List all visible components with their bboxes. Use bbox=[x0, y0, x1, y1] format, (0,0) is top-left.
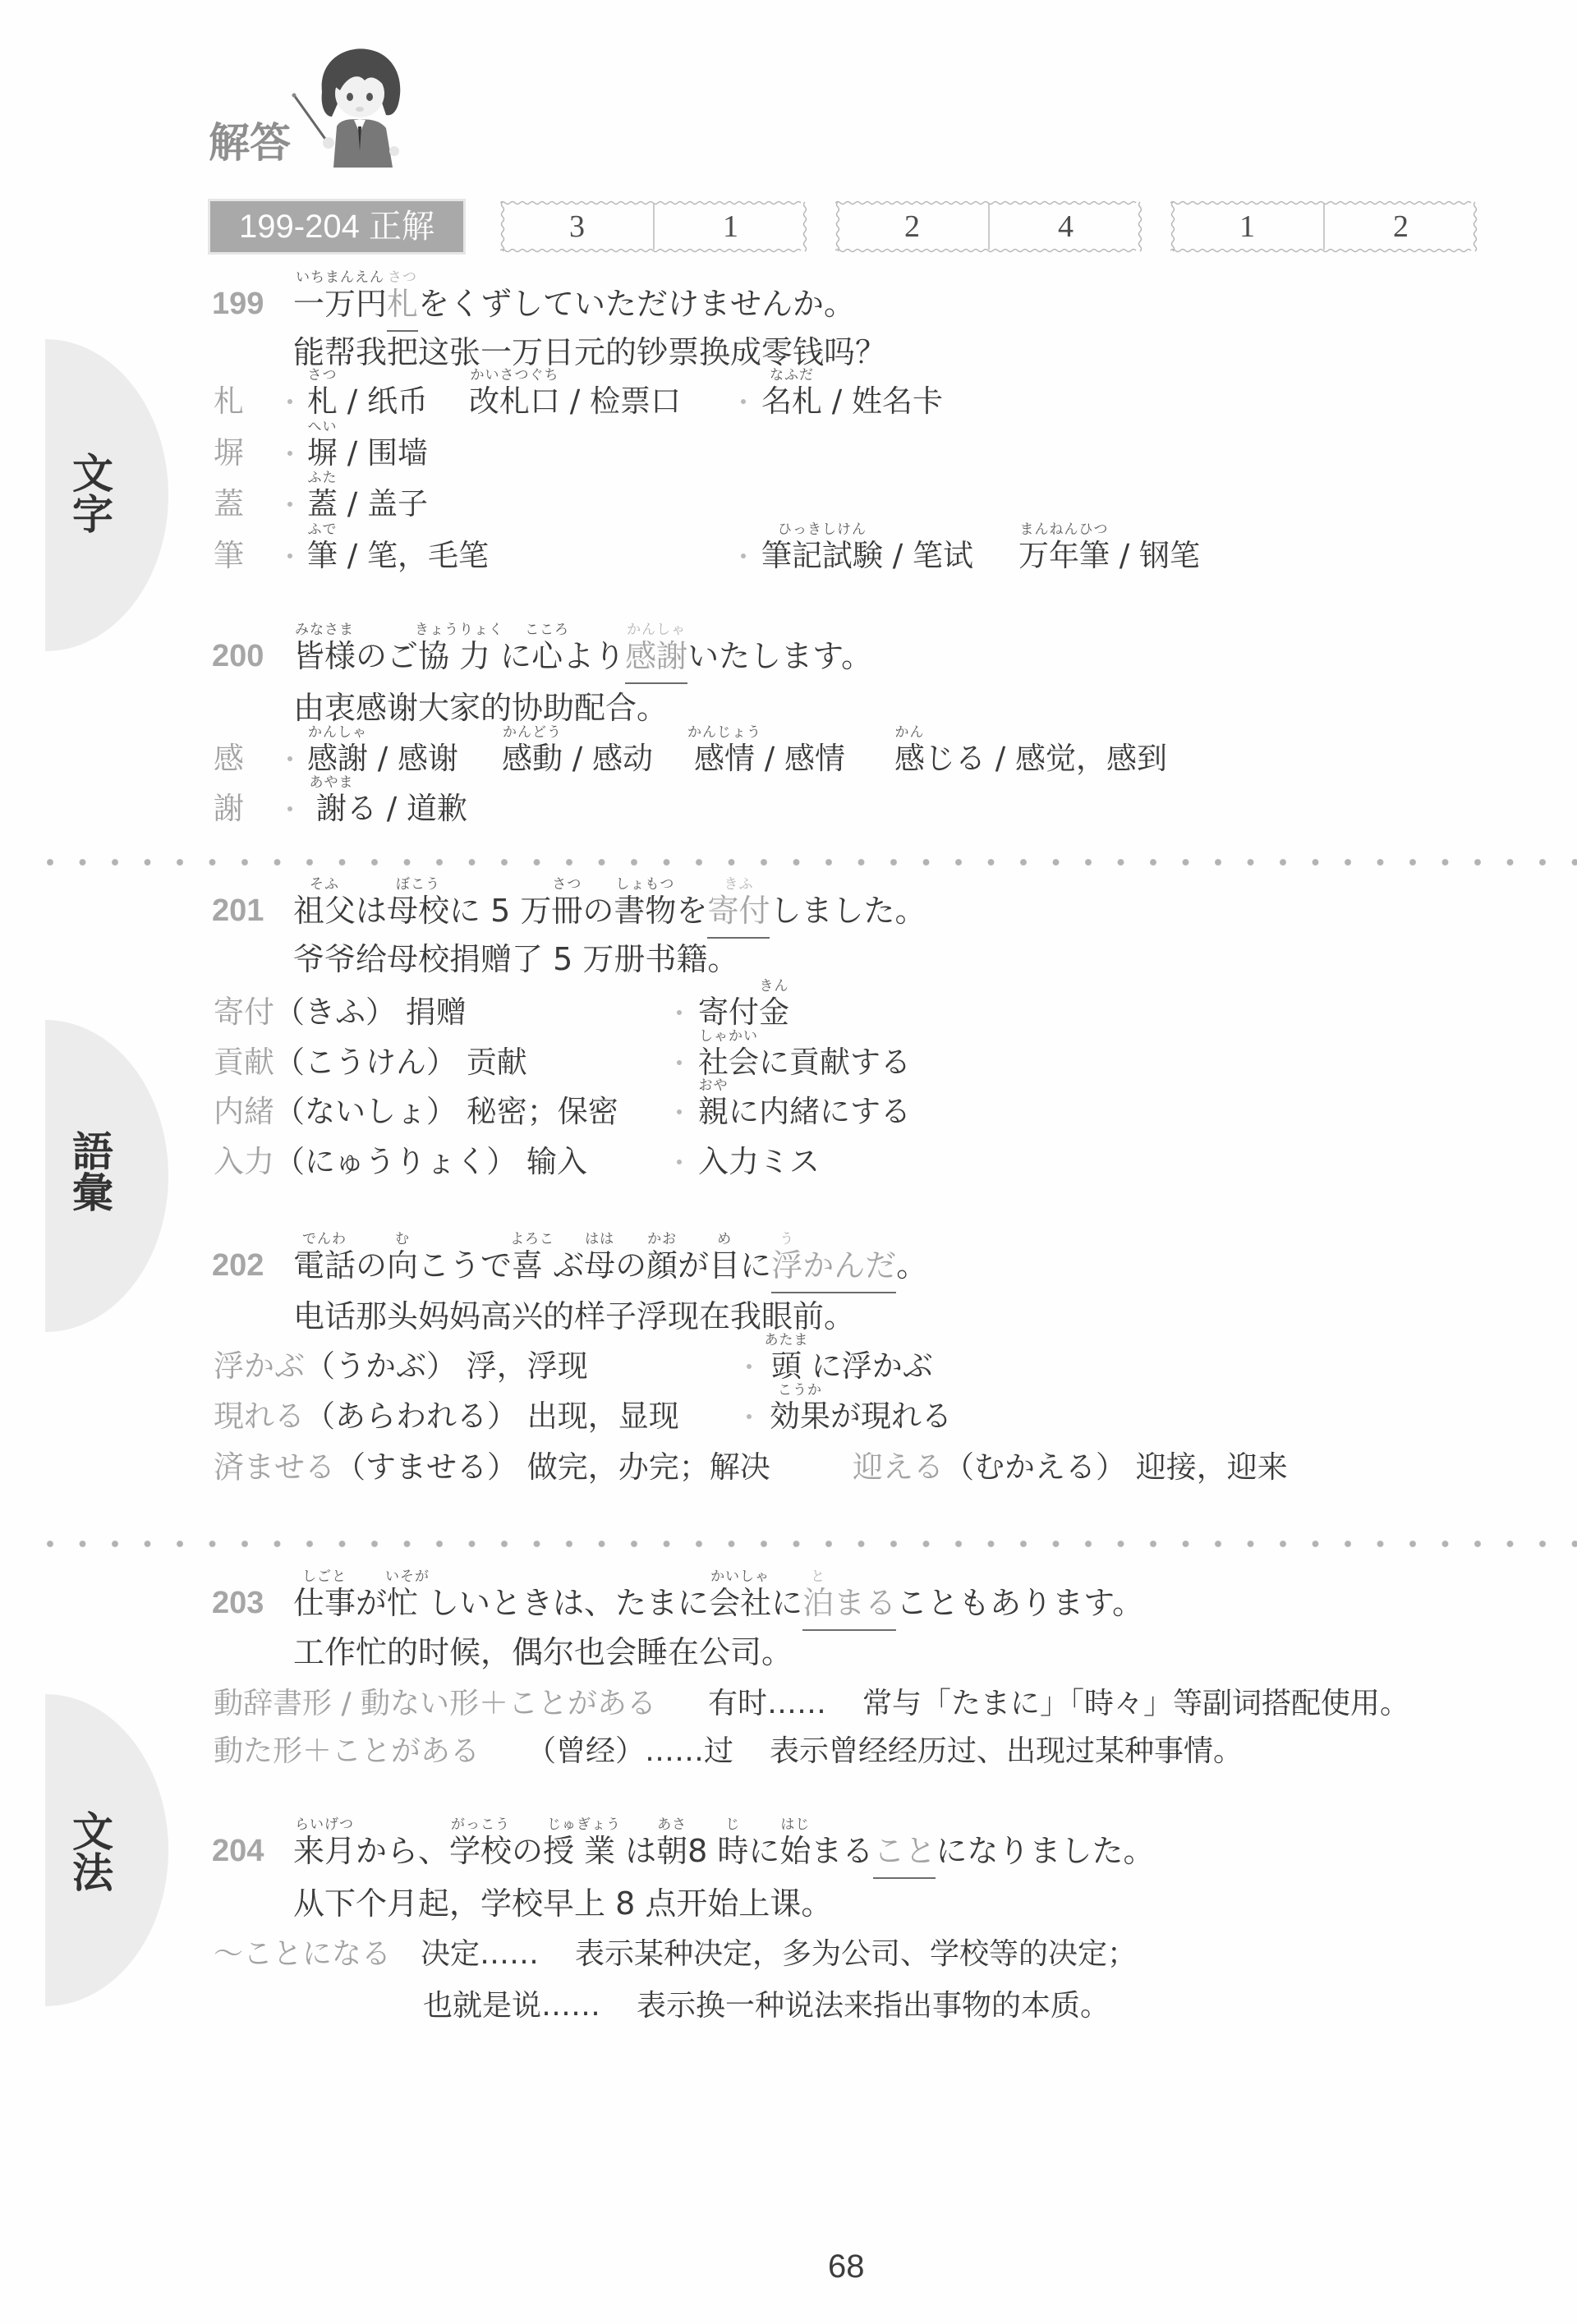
page-title: 解答 bbox=[209, 120, 291, 166]
ruby-reading: しょもつ bbox=[615, 878, 674, 892]
vocab-term: 内緒 bbox=[214, 1094, 274, 1129]
ruby-base: 授業 bbox=[543, 1833, 625, 1869]
vocab-meaning: 迎接，迎来 bbox=[1126, 1449, 1288, 1485]
sentence-text: が bbox=[678, 1247, 709, 1284]
ruby-base: 喜 bbox=[512, 1247, 553, 1284]
ruby-reading: じゅぎょう bbox=[547, 1818, 621, 1832]
bullet-icon bbox=[677, 1010, 682, 1015]
ruby-reading: しごと bbox=[302, 1570, 347, 1584]
ruby-word: 親おや bbox=[698, 1096, 729, 1128]
vocab-item: 名札なふだ / 姓名卡 bbox=[761, 386, 943, 417]
question-sentence: 祖父そふ は 母校ぼこう に 5 万 冊さつ の 書物しょもつ を 寄付きふ し… bbox=[293, 895, 926, 926]
sentence-text: は bbox=[625, 1833, 656, 1869]
ruby-word: 来月らいげつ bbox=[293, 1835, 356, 1867]
vocab-entry: 内緒（ないしょ） 秘密；保密 bbox=[214, 1096, 618, 1128]
ruby-word: 会社かいしゃ bbox=[709, 1587, 771, 1619]
ruby-base: 札 bbox=[387, 286, 418, 322]
grammar-pattern-text: 動辞書形 / 動ない形＋ことがある bbox=[214, 1687, 656, 1720]
vocab-example: 頭あたま に浮かぶ bbox=[771, 1351, 933, 1382]
ruby-word: 目め bbox=[709, 1250, 740, 1281]
ruby-base: 目 bbox=[709, 1247, 740, 1284]
ruby-base: 蓋 bbox=[307, 486, 338, 521]
vocab-reading: （ないしょ） bbox=[274, 1094, 457, 1129]
sentence-text: かんだ bbox=[802, 1247, 896, 1284]
ruby-word: 学校がっこう bbox=[449, 1835, 512, 1867]
grammar-pattern: ～ことになる bbox=[214, 1939, 391, 1970]
q202-translation-row: 电话那头妈妈高兴的样子浮现在我眼前。 bbox=[0, 1301, 1577, 1332]
q199-vocab-row: 筆 筆ふで / 笔，毛笔 筆記試験ひっきしけん / 笔试 万年筆まんねんひつ /… bbox=[0, 540, 1577, 572]
ruby-reading: きょうりょく bbox=[415, 623, 503, 637]
grammar-explanation: 也就是说……表示换一种说法来指出事物的本质。 bbox=[423, 1991, 1110, 2022]
sentence-text: ぶ bbox=[553, 1247, 584, 1284]
grammar-pattern-text: ～ことになる bbox=[214, 1937, 391, 1971]
question-number: 200 bbox=[212, 641, 264, 672]
q199-sentence-row: 199 一万円いちまんえん 札さつ をくずしていただけませんか。 bbox=[0, 288, 1577, 319]
sentence-text: こと bbox=[873, 1833, 936, 1869]
translation: 从下个月起，学校早上 8 点开始上课。 bbox=[293, 1888, 832, 1919]
ruby-reading: おや bbox=[699, 1079, 729, 1093]
bullet-icon bbox=[677, 1060, 682, 1065]
vocab-entry-related: 迎える（むかえる） 迎接，迎来 bbox=[853, 1452, 1288, 1483]
ruby-reading: かんじょう bbox=[687, 726, 761, 740]
grammar-note: 表示某种决定，多为公司、学校等的决定； bbox=[575, 1937, 1137, 1971]
vocab-meaning: / 姓名卡 bbox=[822, 384, 943, 419]
ruby-word: 母はは bbox=[584, 1250, 615, 1281]
vocab-meaning: / 盖子 bbox=[338, 486, 428, 521]
ruby-reading: よろこ bbox=[510, 1233, 554, 1247]
ruby-reading: かんどう bbox=[503, 726, 562, 740]
ruby-base: 心 bbox=[531, 638, 563, 674]
ruby-reading: がっこう bbox=[451, 1818, 510, 1832]
answer-bar-label: 199-204 正解 bbox=[210, 201, 463, 252]
ruby-base: 冊 bbox=[551, 893, 582, 929]
ruby-reading: きふ bbox=[724, 878, 753, 892]
ruby-base: 来月 bbox=[293, 1833, 356, 1869]
vocab-label-text: 筆 bbox=[214, 538, 244, 573]
ruby-reading: まんねんひつ bbox=[1020, 523, 1109, 537]
ruby-reading: みなさま bbox=[295, 623, 354, 637]
bullet-icon bbox=[287, 399, 292, 404]
ruby-base: 金 bbox=[759, 994, 789, 1030]
vocab-entry: 現れる（あらわれる） 出现，显现 bbox=[214, 1401, 679, 1432]
q200-sentence-row: 200 皆様みなさま のご 協力きょうりょく に 心こころ より 感謝かんしゃ … bbox=[0, 641, 1577, 672]
ruby-base: 朝 bbox=[656, 1833, 687, 1869]
ruby-word: 一万円いちまんえん bbox=[293, 288, 387, 319]
answer-group-3: 1 2 bbox=[1170, 200, 1478, 253]
answer-word: 感謝かんしゃ bbox=[625, 641, 687, 684]
vocab-item: 万年筆まんねんひつ / 钢笔 bbox=[1018, 540, 1200, 572]
q203-grammar-row: 動た形＋ことがある （曾经）……过表示曾经经历过、出现过某种事情。 bbox=[0, 1736, 1577, 1767]
q201-sentence-row: 201 祖父そふ は 母校ぼこう に 5 万 冊さつ の 書物しょもつ を 寄付… bbox=[0, 895, 1577, 926]
vocab-meaning: 做完，办完；解决 bbox=[517, 1449, 770, 1485]
ruby-word: 感動かんどう bbox=[502, 743, 563, 774]
sentence-text: に bbox=[771, 1585, 802, 1621]
ruby-word: 顔かお bbox=[646, 1250, 678, 1281]
ruby-base: 親 bbox=[698, 1094, 729, 1129]
ruby-reading: こうか bbox=[778, 1384, 822, 1398]
ruby-reading: なふだ bbox=[770, 369, 814, 383]
ruby-base: 感情 bbox=[694, 741, 755, 776]
vocab-item: 感かんじる / 感觉，感到 bbox=[894, 743, 1167, 774]
ruby-reading: め bbox=[717, 1233, 732, 1247]
ruby-base: 名札 bbox=[761, 384, 822, 419]
sentence-text: の bbox=[582, 893, 614, 929]
ruby-word: 謝あやま bbox=[316, 793, 347, 824]
vocab-entry: 貢献（こうけん） 贡献 bbox=[214, 1047, 527, 1078]
answer-word: 浮うかんだ bbox=[771, 1250, 896, 1293]
vocab-meaning: / 检票口 bbox=[560, 384, 681, 419]
q202-vocab-row: 済ませる（すませる） 做完，办完；解决 迎える（むかえる） 迎接，迎来 bbox=[0, 1452, 1577, 1483]
ruby-reading: かんしゃ bbox=[627, 623, 686, 637]
ruby-reading: あさ bbox=[657, 1818, 687, 1832]
ruby-word: 心こころ bbox=[531, 641, 563, 672]
question-number: 202 bbox=[212, 1250, 264, 1281]
vocab-meaning: / 笔，毛笔 bbox=[338, 538, 489, 573]
answer-cell: 3 bbox=[500, 200, 654, 253]
ruby-word: 喜よろこ bbox=[512, 1250, 553, 1281]
question-number: 203 bbox=[212, 1587, 264, 1619]
ruby-base: 一万円 bbox=[293, 286, 387, 322]
ruby-base: 仕事 bbox=[293, 1585, 356, 1621]
ruby-base: 感謝 bbox=[307, 741, 368, 776]
ruby-reading: じ bbox=[725, 1818, 740, 1832]
sentence-text: が bbox=[356, 1585, 387, 1621]
translation-text: 爷爷给母校捐赠了 5 万册书籍。 bbox=[293, 941, 738, 977]
q201-vocab-row: 内緒（ないしょ） 秘密；保密 親おやに内緒にする bbox=[0, 1096, 1577, 1128]
ruby-base: 頭 bbox=[771, 1348, 802, 1384]
vocab-example: 社会しゃかいに貢献する bbox=[698, 1047, 911, 1078]
ruby-word: 祖父そふ bbox=[293, 895, 356, 926]
answer-group-1: 3 1 bbox=[500, 200, 807, 253]
grammar-pattern-text: 動た形＋ことがある bbox=[214, 1734, 480, 1768]
q203-sentence-row: 203 仕事しごと が 忙いそが しいときは、たまに 会社かいしゃ に 泊とまる… bbox=[0, 1587, 1577, 1619]
answer-word: こと bbox=[873, 1835, 936, 1879]
sentence-text: の bbox=[356, 1247, 387, 1284]
vocab-item: 改札口かいさつぐち / 检票口 bbox=[469, 386, 681, 417]
vocab-term: 浮かぶ bbox=[214, 1348, 305, 1384]
ruby-base: 時 bbox=[717, 1833, 748, 1869]
vocab-meaning: / 感情 bbox=[755, 741, 845, 776]
ruby-reading: かんしゃ bbox=[308, 726, 367, 740]
bullet-icon bbox=[287, 806, 292, 811]
vocab-reading: （きふ） bbox=[274, 994, 396, 1030]
ruby-base: 泊 bbox=[802, 1585, 834, 1621]
sentence-text: をくずしていただけませんか。 bbox=[418, 286, 855, 322]
vocab-entry: 済ませる（すませる） 做完，办完；解决 bbox=[214, 1452, 770, 1483]
vocab-meaning: 贡献 bbox=[457, 1045, 527, 1080]
vocab-reading: （あらわれる） bbox=[305, 1399, 517, 1434]
vocab-item: 蓋ふた / 盖子 bbox=[307, 489, 428, 520]
translation-text: 电话那头妈妈高兴的样子浮现在我眼前。 bbox=[293, 1298, 855, 1334]
ruby-reading: はじ bbox=[780, 1818, 810, 1832]
ruby-base: 筆 bbox=[307, 538, 338, 573]
ruby-reading: いちまんえん bbox=[296, 271, 384, 285]
ruby-reading: さつ bbox=[552, 878, 582, 892]
q202-vocab-row: 現れる（あらわれる） 出现，显现 効果こうかが現れる bbox=[0, 1401, 1577, 1432]
ruby-reading: しゃかい bbox=[699, 1030, 758, 1044]
vocab-meaning: 输入 bbox=[517, 1144, 587, 1179]
answer-word: 寄付きふ bbox=[707, 895, 770, 939]
q201-vocab-row: 入力（にゅうりょく） 输入 入力ミス bbox=[0, 1146, 1577, 1178]
q201-vocab-row: 寄付（きふ） 捐赠 寄付金きん bbox=[0, 997, 1577, 1028]
vocab-meaning: / 感动 bbox=[563, 741, 653, 776]
ruby-base: 浮 bbox=[771, 1247, 802, 1284]
vocab-label: 謝 bbox=[214, 793, 244, 824]
sentence-text: しいときは、たまに bbox=[428, 1585, 709, 1621]
translation: 电话那头妈妈高兴的样子浮现在我眼前。 bbox=[293, 1301, 855, 1332]
ruby-word: 時じ bbox=[717, 1835, 748, 1867]
ruby-reading: かいしゃ bbox=[710, 1570, 770, 1584]
vocab-meaning: / 钢笔 bbox=[1110, 538, 1200, 573]
ruby-word: 頭あたま bbox=[771, 1351, 802, 1382]
ruby-reading: へい bbox=[308, 420, 338, 434]
translation: 由衷感谢大家的协助配合。 bbox=[293, 692, 668, 723]
vocab-example: 親おやに内緒にする bbox=[698, 1096, 911, 1128]
dotted-divider bbox=[47, 1541, 1577, 1547]
vocab-item: 札さつ / 纸币 bbox=[307, 386, 428, 417]
vocab-entry: 浮かぶ（うかぶ） 浮，浮现 bbox=[214, 1351, 588, 1382]
grammar-explanation: （曾经）……过表示曾经经历过、出现过某种事情。 bbox=[526, 1736, 1243, 1767]
question-sentence: 来月らいげつ から、 学校がっこう の 授業じゅぎょう は 朝あさ 8 時じ に… bbox=[293, 1835, 1154, 1867]
grammar-meaning: 决定…… bbox=[421, 1937, 539, 1971]
ruby-base: 社会 bbox=[698, 1045, 759, 1080]
ruby-word: 授業じゅぎょう bbox=[543, 1835, 625, 1867]
bullet-icon bbox=[287, 451, 292, 456]
vocab-meaning: / 纸币 bbox=[338, 384, 428, 419]
grammar-pattern: 動た形＋ことがある bbox=[214, 1736, 480, 1767]
ruby-word: 忙いそが bbox=[387, 1587, 428, 1619]
ruby-reading: む bbox=[395, 1233, 410, 1247]
ruby-base: 塀 bbox=[307, 435, 338, 471]
vocab-item: 塀へい / 围墙 bbox=[307, 438, 428, 469]
ruby-reading: きん bbox=[760, 980, 789, 994]
ruby-base: 筆記試験 bbox=[761, 538, 883, 573]
translation: 能帮我把这张一万日元的钞票换成零钱吗？ bbox=[293, 337, 886, 368]
ruby-base: 感動 bbox=[502, 741, 563, 776]
ruby-word: 冊さつ bbox=[551, 895, 582, 926]
bullet-icon bbox=[741, 399, 746, 404]
ruby-base: 寄付 bbox=[707, 893, 770, 929]
q199-vocab-row: 蓋 蓋ふた / 盖子 bbox=[0, 489, 1577, 520]
vocab-example: 効果こうかが現れる bbox=[770, 1401, 952, 1432]
page-number: 68 bbox=[828, 2248, 865, 2285]
dotted-divider bbox=[47, 859, 1577, 866]
ruby-reading: ふた bbox=[308, 471, 338, 485]
grammar-explanation: 有时……常与「たまに」「時々」等副词搭配使用。 bbox=[708, 1688, 1409, 1720]
ruby-reading: ぼこう bbox=[396, 878, 440, 892]
vocab-meaning: 浮，浮现 bbox=[457, 1348, 588, 1384]
sentence-text: しました。 bbox=[770, 893, 926, 929]
vocab-term: 入力 bbox=[214, 1144, 274, 1179]
ruby-base: 書物 bbox=[614, 893, 676, 929]
sentence-text: より bbox=[563, 638, 625, 674]
vocab-item: 筆記試験ひっきしけん / 笔试 bbox=[761, 540, 973, 572]
bullet-icon bbox=[677, 1160, 682, 1164]
question-sentence: 電話でんわ の 向む こうで 喜よろこ ぶ 母はは の 顔かお が 目め に 浮… bbox=[293, 1250, 927, 1281]
ruby-word: 蓋ふた bbox=[307, 489, 338, 520]
ruby-reading: いそが bbox=[385, 1570, 430, 1584]
vocab-label-text: 蓋 bbox=[214, 486, 244, 521]
q199-vocab-row: 札 札さつ / 纸币 改札口かいさつぐち / 检票口 名札なふだ / 姓名卡 bbox=[0, 386, 1577, 417]
sentence-text: 8 bbox=[687, 1833, 717, 1869]
ruby-base: 皆様 bbox=[293, 638, 356, 674]
q202-sentence-row: 202 電話でんわ の 向む こうで 喜よろこ ぶ 母はは の 顔かお が 目め… bbox=[0, 1250, 1577, 1281]
vocab-reading: （すませる） bbox=[335, 1449, 517, 1485]
sentence-text: の bbox=[615, 1247, 646, 1284]
ruby-word: 浮う bbox=[771, 1250, 802, 1281]
ruby-word: 名札なふだ bbox=[761, 386, 822, 417]
vocab-item: 感謝かんしゃ / 感谢 bbox=[307, 743, 458, 774]
grammar-pattern: 動辞書形 / 動ない形＋ことがある bbox=[214, 1688, 656, 1720]
ruby-base: 会社 bbox=[709, 1585, 771, 1621]
ruby-word: 母校ぼこう bbox=[387, 895, 449, 926]
okurigana: じる bbox=[925, 741, 986, 776]
vocab-term: 現れる bbox=[214, 1399, 305, 1434]
answer-cell: 2 bbox=[1324, 200, 1478, 253]
grammar-meaning: （曾经）……过 bbox=[526, 1734, 733, 1768]
example-text: 入力ミス bbox=[698, 1144, 820, 1179]
ruby-word: 書物しょもつ bbox=[614, 895, 676, 926]
vocab-meaning: / 围墙 bbox=[338, 435, 428, 471]
ruby-base: 万年筆 bbox=[1018, 538, 1110, 573]
question-sentence: 皆様みなさま のご 協力きょうりょく に 心こころ より 感謝かんしゃ いたしま… bbox=[293, 641, 872, 672]
translation-text: 能帮我把这张一万日元的钞票换成零钱吗？ bbox=[293, 334, 886, 370]
example-text: 寄付 bbox=[698, 994, 759, 1030]
ruby-word: 筆ふで bbox=[307, 540, 338, 572]
ruby-base: 改札口 bbox=[469, 384, 560, 419]
sentence-text: こうで bbox=[418, 1247, 512, 1284]
vocab-entry: 寄付（きふ） 捐赠 bbox=[214, 997, 467, 1028]
bullet-icon bbox=[741, 553, 746, 558]
ruby-reading: かん bbox=[895, 726, 925, 740]
grammar-meaning: 也就是说…… bbox=[423, 1989, 600, 2023]
sentence-text: に bbox=[500, 638, 531, 674]
vocab-item: 感情かんじょう / 感情 bbox=[694, 743, 845, 774]
ruby-word: 社会しゃかい bbox=[698, 1047, 759, 1078]
question-number: 199 bbox=[212, 288, 264, 319]
answer-cell: 4 bbox=[989, 200, 1143, 253]
question-sentence: 仕事しごと が 忙いそが しいときは、たまに 会社かいしゃ に 泊とまる ことも… bbox=[293, 1587, 1143, 1619]
ruby-word: 感情かんじょう bbox=[694, 743, 755, 774]
ruby-reading: あやま bbox=[310, 776, 354, 790]
q202-vocab-row: 浮かぶ（うかぶ） 浮，浮现 頭あたま に浮かぶ bbox=[0, 1351, 1577, 1382]
sentence-text: まる bbox=[834, 1585, 896, 1621]
q204-translation-row: 从下个月起，学校早上 8 点开始上课。 bbox=[0, 1888, 1577, 1919]
ruby-reading: はは bbox=[585, 1233, 614, 1247]
ruby-base: 謝 bbox=[316, 791, 347, 826]
vocab-meaning: 秘密；保密 bbox=[457, 1094, 618, 1129]
ruby-word: 協力きょうりょく bbox=[418, 641, 500, 672]
vocab-item: 感動かんどう / 感动 bbox=[502, 743, 653, 774]
ruby-word: 仕事しごと bbox=[293, 1587, 356, 1619]
vocab-label: 蓋 bbox=[214, 489, 244, 520]
q201-translation-row: 爷爷给母校捐赠了 5 万册书籍。 bbox=[0, 944, 1577, 975]
q204-sentence-row: 204 来月らいげつ から、 学校がっこう の 授業じゅぎょう は 朝あさ 8 … bbox=[0, 1835, 1577, 1867]
sentence-text: の bbox=[512, 1833, 543, 1869]
ruby-base: 協力 bbox=[418, 638, 500, 674]
ruby-base: 母校 bbox=[387, 893, 449, 929]
vocab-item: 謝あやまる / 道歉 bbox=[316, 793, 467, 824]
answer-cell: 1 bbox=[1170, 200, 1324, 253]
sentence-text: まる bbox=[811, 1833, 873, 1869]
q199-vocab-row: 塀 塀へい / 围墙 bbox=[0, 438, 1577, 469]
ruby-word: 改札口かいさつぐち bbox=[469, 386, 560, 417]
ruby-base: 電話 bbox=[293, 1247, 356, 1284]
bullet-icon bbox=[747, 1414, 752, 1419]
vocab-meaning: 出现，显现 bbox=[517, 1399, 679, 1434]
ruby-word: 効果こうか bbox=[770, 1401, 830, 1432]
grammar-note: 表示换一种说法来指出事物的本质。 bbox=[637, 1989, 1110, 2023]
sentence-text: から、 bbox=[356, 1833, 449, 1869]
vocab-entry: 入力（にゅうりょく） 输入 bbox=[214, 1146, 587, 1178]
vocab-example: 入力ミス bbox=[698, 1146, 820, 1178]
vocab-label-text: 札 bbox=[214, 384, 244, 419]
vocab-item: 筆ふで / 笔，毛笔 bbox=[307, 540, 489, 572]
q203-translation-row: 工作忙的时候，偶尔也会睡在公司。 bbox=[0, 1637, 1577, 1668]
bullet-icon bbox=[677, 1109, 682, 1114]
ruby-base: 札 bbox=[307, 384, 338, 419]
bullet-icon bbox=[287, 553, 292, 558]
vocab-example: 寄付金きん bbox=[698, 997, 789, 1028]
ruby-word: 札さつ bbox=[307, 386, 338, 417]
okurigana: る bbox=[347, 791, 377, 826]
translation-text: 由衷感谢大家的协助配合。 bbox=[293, 690, 668, 726]
ruby-reading: と bbox=[811, 1570, 825, 1584]
vocab-meaning: 捐赠 bbox=[396, 994, 467, 1030]
sentence-text: に bbox=[748, 1833, 779, 1869]
sentence-text: に 5 万 bbox=[449, 893, 551, 929]
vocab-term: 迎える bbox=[853, 1449, 944, 1485]
sentence-text: こともあります。 bbox=[896, 1585, 1143, 1621]
answer-word: 泊とまる bbox=[802, 1587, 896, 1631]
ruby-base: 向 bbox=[387, 1247, 418, 1284]
ruby-base: 忙 bbox=[387, 1585, 428, 1621]
ruby-base: 学校 bbox=[449, 1833, 512, 1869]
example-text: に貢献する bbox=[759, 1045, 911, 1080]
vocab-label: 感 bbox=[214, 743, 244, 774]
vocab-meaning: / 道歉 bbox=[377, 791, 467, 826]
grammar-meaning: 有时…… bbox=[708, 1687, 826, 1720]
example-text: に内緒にする bbox=[729, 1094, 911, 1129]
vocab-reading: （こうけん） bbox=[274, 1045, 457, 1080]
sentence-text: 。 bbox=[896, 1247, 927, 1284]
ruby-word: 寄付きふ bbox=[707, 895, 770, 926]
ruby-reading: かお bbox=[647, 1233, 677, 1247]
ruby-word: 感謝かんしゃ bbox=[625, 641, 687, 672]
ruby-reading: ふで bbox=[308, 523, 338, 537]
ruby-word: 向む bbox=[387, 1250, 418, 1281]
grammar-note: 常与「たまに」「時々」等副词搭配使用。 bbox=[862, 1687, 1409, 1720]
vocab-term: 寄付 bbox=[214, 994, 274, 1030]
answer-cell: 1 bbox=[654, 200, 807, 253]
ruby-word: 泊と bbox=[802, 1587, 834, 1619]
vocab-label: 塀 bbox=[214, 438, 244, 469]
ruby-base: 効果 bbox=[770, 1399, 830, 1434]
ruby-word: 電話でんわ bbox=[293, 1250, 356, 1281]
question-number: 201 bbox=[212, 895, 264, 926]
question-number: 204 bbox=[212, 1835, 264, 1867]
q200-translation-row: 由衷感谢大家的协助配合。 bbox=[0, 692, 1577, 723]
ruby-word: 始はじ bbox=[779, 1835, 811, 1867]
ruby-reading: らいげつ bbox=[295, 1818, 354, 1832]
translation-text: 工作忙的时候，偶尔也会睡在公司。 bbox=[293, 1634, 793, 1670]
vocab-meaning: / 感谢 bbox=[368, 741, 458, 776]
q199-translation-row: 能帮我把这张一万日元的钞票换成零钱吗？ bbox=[0, 337, 1577, 368]
grammar-explanation: 决定……表示某种决定，多为公司、学校等的决定； bbox=[421, 1939, 1137, 1970]
ruby-base: 始 bbox=[779, 1833, 811, 1869]
translation: 工作忙的时候，偶尔也会睡在公司。 bbox=[293, 1637, 793, 1668]
ruby-word: 朝あさ bbox=[656, 1835, 687, 1867]
